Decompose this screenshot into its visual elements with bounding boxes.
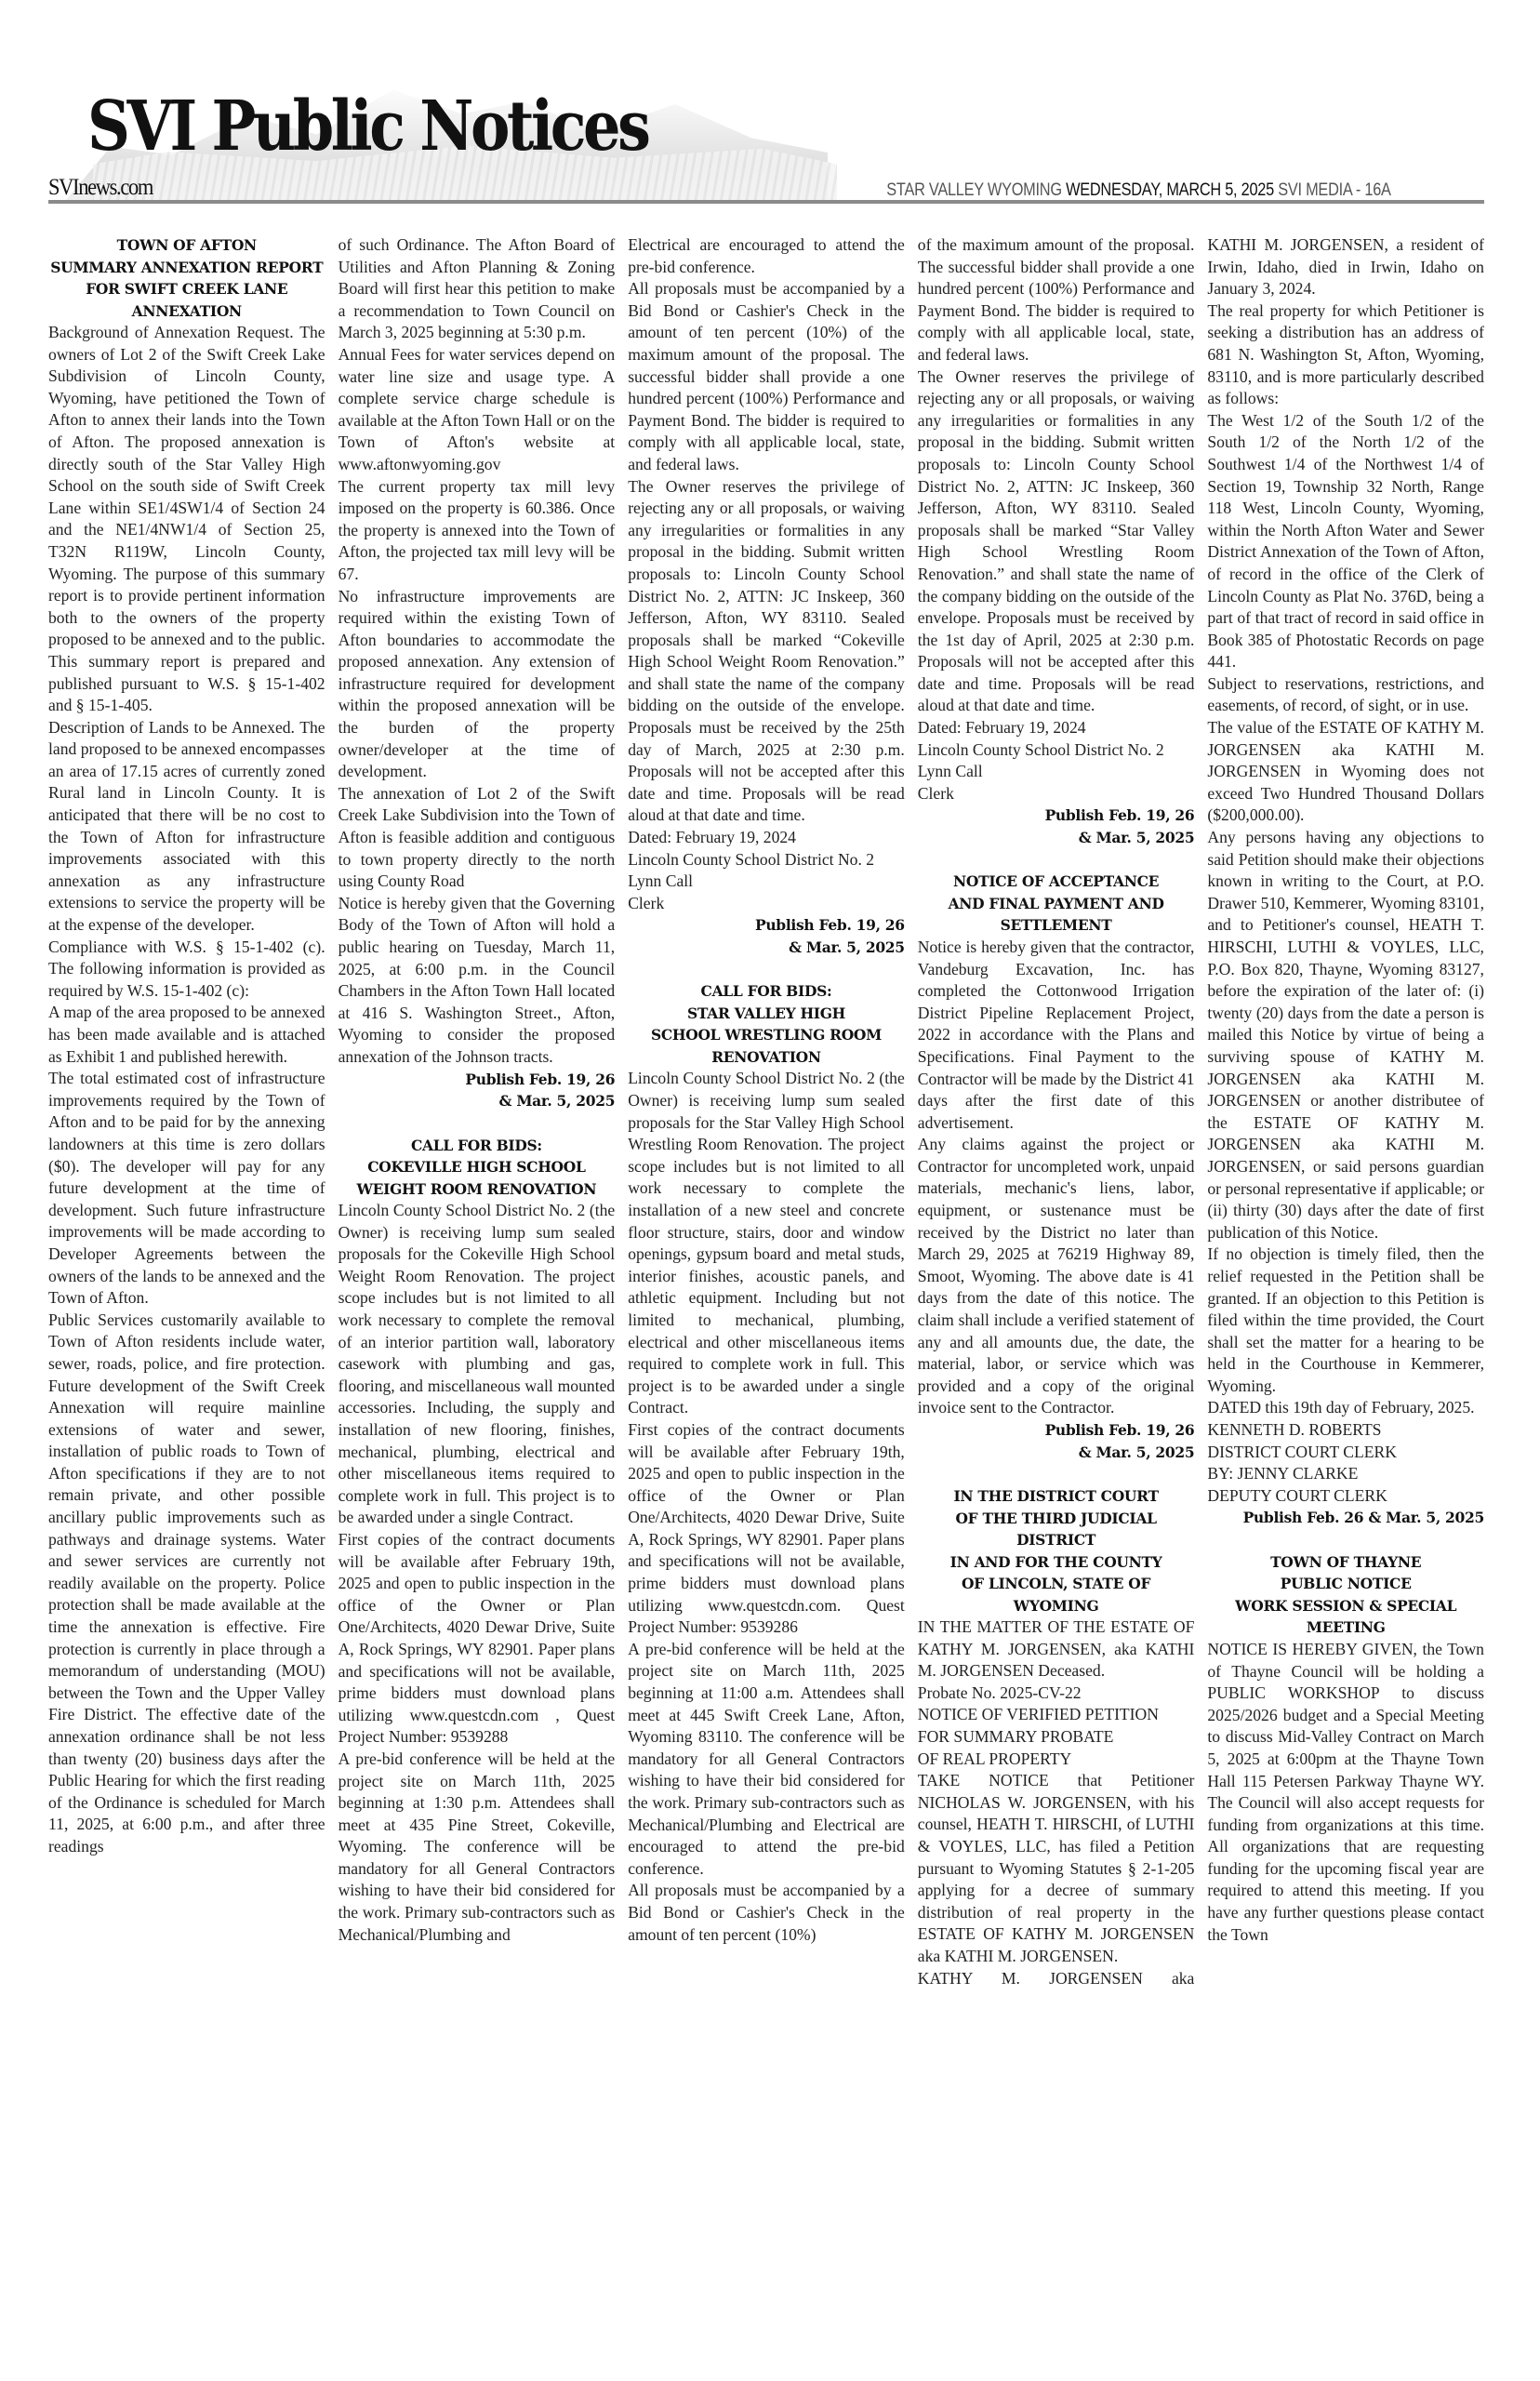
- column-1: TOWN OF AFTON SUMMARY ANNEXATION REPORT …: [48, 234, 325, 1989]
- notice-afton-annexation: TOWN OF AFTON SUMMARY ANNEXATION REPORT …: [48, 234, 325, 1858]
- notice-paragraph: The real property for which Petitioner i…: [1207, 300, 1484, 410]
- masthead: SVI Public Notices SVInews.com STAR VALL…: [0, 0, 1540, 209]
- publish-dates: Publish Feb. 19, 26: [339, 1069, 616, 1091]
- notice-heading: OF THE THIRD JUDICIAL: [918, 1508, 1195, 1530]
- signature-line: KENNETH D. ROBERTS: [1207, 1419, 1484, 1442]
- notice-acceptance-payment: NOTICE OF ACCEPTANCE AND FINAL PAYMENT A…: [918, 871, 1195, 1463]
- notice-heading: CALL FOR BIDS:: [628, 980, 905, 1003]
- notice-paragraph: DATED this 19th day of February, 2025.: [1207, 1397, 1484, 1419]
- publish-dates: Publish Feb. 19, 26: [628, 914, 905, 937]
- notice-paragraph: Electrical are encouraged to attend the …: [628, 234, 905, 278]
- notice-paragraph: Lincoln County School District No. 2 (th…: [339, 1200, 616, 1529]
- notice-paragraph: FOR SUMMARY PROBATE: [918, 1726, 1195, 1749]
- publish-dates: Publish Feb. 26 & Mar. 5, 2025: [1207, 1507, 1484, 1529]
- notice-spacer: [1207, 1529, 1484, 1551]
- notice-heading: DISTRICT: [918, 1529, 1195, 1551]
- publish-dates: & Mar. 5, 2025: [918, 1442, 1195, 1464]
- signature-line: Dated: February 19, 2024: [628, 827, 905, 849]
- notice-heading: WYOMING: [918, 1595, 1195, 1617]
- dateline-section: SVI MEDIA - 16A: [1279, 180, 1391, 200]
- notice-heading: IN AND FOR THE COUNTY: [918, 1551, 1195, 1574]
- column-5: KATHI M. JORGENSEN, a resident of Irwin,…: [1207, 234, 1484, 1989]
- notice-heading: WEIGHT ROOM RENOVATION: [339, 1178, 616, 1201]
- notice-paragraph: KATHI M. JORGENSEN, a resident of Irwin,…: [1207, 234, 1484, 300]
- notice-paragraph: All proposals must be accompanied by a B…: [628, 278, 905, 475]
- notice-cokeville-bids: CALL FOR BIDS: COKEVILLE HIGH SCHOOL WEI…: [339, 1135, 616, 1947]
- notice-columns: TOWN OF AFTON SUMMARY ANNEXATION REPORT …: [48, 234, 1484, 1989]
- notice-heading: SETTLEMENT: [918, 914, 1195, 937]
- notice-spacer: [628, 958, 905, 980]
- signature-line: DISTRICT COURT CLERK: [1207, 1442, 1484, 1464]
- notice-heading: FOR SWIFT CREEK LANE ANNEXATION: [48, 278, 325, 322]
- notice-heading: TOWN OF THAYNE: [1207, 1551, 1484, 1574]
- notice-heading: TOWN OF AFTON: [48, 234, 325, 257]
- notice-paragraph: NOTICE IS HEREBY GIVEN, the Town of Thay…: [1207, 1639, 1484, 1946]
- notice-heading: OF LINCOLN, STATE OF: [918, 1573, 1195, 1595]
- notice-paragraph: IN THE MATTER OF THE ESTATE OF KATHY M. …: [918, 1616, 1195, 1683]
- signature-line: Lynn Call: [628, 871, 905, 893]
- notice-paragraph: The Owner reserves the privilege of reje…: [918, 366, 1195, 718]
- notice-heading: WORK SESSION & SPECIAL: [1207, 1595, 1484, 1617]
- notice-paragraph: Annual Fees for water services depend on…: [339, 344, 616, 476]
- notice-paragraph: Notice is hereby given that the Governin…: [339, 893, 616, 1069]
- signature-line: Lynn Call: [918, 761, 1195, 783]
- publish-dates: Publish Feb. 19, 26: [918, 805, 1195, 827]
- page-title: SVI Public Notices: [87, 89, 647, 164]
- notice-paragraph: Lincoln County School District No. 2 (th…: [628, 1068, 905, 1419]
- signature-line: BY: JENNY CLARKE: [1207, 1463, 1484, 1485]
- notice-paragraph: NOTICE OF VERIFIED PETITION: [918, 1704, 1195, 1726]
- notice-paragraph: TAKE NOTICE that Petitioner NICHOLAS W. …: [918, 1770, 1195, 1967]
- notice-heading: SCHOOL WRESTLING ROOM: [628, 1024, 905, 1046]
- notice-thayne-meeting: TOWN OF THAYNE PUBLIC NOTICE WORK SESSIO…: [1207, 1551, 1484, 1946]
- notice-spacer: [918, 848, 1195, 871]
- signature-line: Clerk: [918, 783, 1195, 805]
- notice-paragraph: A map of the area proposed to be annexed…: [48, 1002, 325, 1068]
- site-link[interactable]: SVInews.com: [48, 175, 153, 201]
- notice-paragraph: Any persons having any objections to sai…: [1207, 827, 1484, 1244]
- notice-heading: STAR VALLEY HIGH: [628, 1003, 905, 1025]
- notice-paragraph: Background of Annexation Request. The ow…: [48, 322, 325, 717]
- notice-paragraph: The total estimated cost of infrastructu…: [48, 1068, 325, 1310]
- notice-paragraph: The West 1/2 of the South 1/2 of the Sou…: [1207, 410, 1484, 673]
- notice-jorgensen-probate-cont: KATHI M. JORGENSEN, a resident of Irwin,…: [1207, 234, 1484, 1529]
- notice-paragraph: KATHY M. JORGENSEN aka: [918, 1968, 1195, 1990]
- notice-heading: PUBLIC NOTICE: [1207, 1573, 1484, 1595]
- notice-cokeville-bids-cont: Electrical are encouraged to attend the …: [628, 234, 905, 958]
- notice-paragraph: The current property tax mill levy impos…: [339, 476, 616, 586]
- publish-dates: & Mar. 5, 2025: [339, 1090, 616, 1112]
- notice-paragraph: OF REAL PROPERTY: [918, 1749, 1195, 1771]
- notice-paragraph: If no objection is timely filed, then th…: [1207, 1244, 1484, 1397]
- dateline: STAR VALLEY WYOMING WEDNESDAY, MARCH 5, …: [887, 180, 1391, 201]
- notice-paragraph: Subject to reservations, restrictions, a…: [1207, 673, 1484, 717]
- publish-dates: Publish Feb. 19, 26: [918, 1419, 1195, 1442]
- notice-paragraph: Any claims against the project or Contra…: [918, 1134, 1195, 1419]
- notice-paragraph: First copies of the contract documents w…: [628, 1419, 905, 1639]
- publish-dates: & Mar. 5, 2025: [918, 827, 1195, 849]
- column-3: Electrical are encouraged to attend the …: [628, 234, 905, 1989]
- notice-paragraph: No infrastructure improvements are requi…: [339, 586, 616, 783]
- notice-heading: COKEVILLE HIGH SCHOOL: [339, 1156, 616, 1178]
- notice-paragraph: of the maximum amount of the proposal. T…: [918, 234, 1195, 366]
- masthead-rule: [48, 200, 1484, 204]
- notice-spacer: [918, 1463, 1195, 1485]
- notice-spacer: [339, 1112, 616, 1135]
- notice-heading: AND FINAL PAYMENT AND: [918, 893, 1195, 915]
- notice-heading: SUMMARY ANNEXATION REPORT: [48, 257, 325, 279]
- notice-paragraph: First copies of the contract documents w…: [339, 1529, 616, 1749]
- notice-paragraph: Compliance with W.S. § 15-1-402 (c). The…: [48, 937, 325, 1003]
- notice-heading: MEETING: [1207, 1616, 1484, 1639]
- notice-heading: IN THE DISTRICT COURT: [918, 1485, 1195, 1508]
- signature-line: DEPUTY COURT CLERK: [1207, 1485, 1484, 1508]
- notice-jorgensen-probate: IN THE DISTRICT COURT OF THE THIRD JUDIC…: [918, 1485, 1195, 1989]
- notice-afton-annexation-cont: of such Ordinance. The Afton Board of Ut…: [339, 234, 616, 1112]
- signature-line: Lincoln County School District No. 2: [918, 739, 1195, 762]
- publish-dates: & Mar. 5, 2025: [628, 937, 905, 959]
- notice-paragraph: The annexation of Lot 2 of the Swift Cre…: [339, 783, 616, 893]
- notice-starvalley-bids: CALL FOR BIDS: STAR VALLEY HIGH SCHOOL W…: [628, 980, 905, 1946]
- notice-starvalley-bids-cont: of the maximum amount of the proposal. T…: [918, 234, 1195, 848]
- notice-paragraph: A pre-bid conference will be held at the…: [628, 1639, 905, 1881]
- notice-paragraph: All proposals must be accompanied by a B…: [628, 1880, 905, 1946]
- notice-heading: CALL FOR BIDS:: [339, 1135, 616, 1157]
- notice-paragraph: of such Ordinance. The Afton Board of Ut…: [339, 234, 616, 344]
- notice-paragraph: Description of Lands to be Annexed. The …: [48, 717, 325, 937]
- notice-paragraph: A pre-bid conference will be held at the…: [339, 1749, 616, 1946]
- notice-paragraph: Notice is hereby given that the contract…: [918, 937, 1195, 1134]
- notice-heading: RENOVATION: [628, 1046, 905, 1069]
- column-2: of such Ordinance. The Afton Board of Ut…: [339, 234, 616, 1989]
- notice-paragraph: The value of the ESTATE OF KATHY M. JORG…: [1207, 717, 1484, 827]
- column-4: of the maximum amount of the proposal. T…: [918, 234, 1195, 1989]
- notice-paragraph: The Owner reserves the privilege of reje…: [628, 476, 905, 828]
- notice-paragraph: Public Services customarily available to…: [48, 1310, 325, 1858]
- signature-line: Clerk: [628, 893, 905, 915]
- notice-paragraph: Probate No. 2025-CV-22: [918, 1683, 1195, 1705]
- signature-line: Lincoln County School District No. 2: [628, 849, 905, 871]
- dateline-location: STAR VALLEY WYOMING: [887, 180, 1063, 200]
- notice-heading: NOTICE OF ACCEPTANCE: [918, 871, 1195, 893]
- dateline-date: WEDNESDAY, MARCH 5, 2025: [1066, 180, 1274, 200]
- signature-line: Dated: February 19, 2024: [918, 717, 1195, 739]
